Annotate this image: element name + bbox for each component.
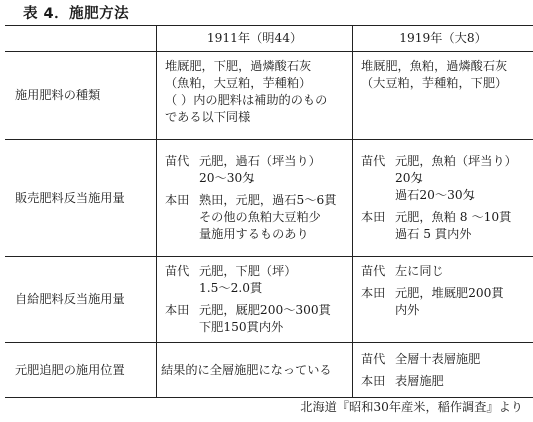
entry-text: 左に同じ — [395, 263, 527, 280]
row-label: 自給肥料反当施用量 — [5, 257, 157, 343]
row-label: 元肥追肥の施用位置 — [5, 343, 157, 398]
header-empty — [5, 26, 157, 52]
tag: 本田 — [165, 192, 199, 243]
tag: 苗代 — [361, 153, 395, 204]
entry-text: 表層施肥 — [395, 373, 527, 390]
table-row: 施用肥料の種類 堆厩肥，下肥，過燐酸石灰 （魚粕，大豆粕，芋種粕） （ ）内の肥… — [5, 52, 533, 140]
entry-nawashiro: 苗代元肥，魚粕（坪当り） 20匁 過石20～30匁 — [361, 153, 527, 204]
entry-nawashiro: 苗代左に同じ — [361, 263, 527, 280]
header-1919: 1919年（大8） — [353, 26, 533, 52]
table-header-row: 1911年（明44） 1919年（大8） — [5, 26, 533, 52]
table-row: 元肥追肥の施用位置 結果的に全層施肥になっている 苗代全層十表層施肥 本田表層施… — [5, 343, 533, 398]
tag: 苗代 — [361, 351, 395, 368]
entry-text: 元肥，魚粕 8 ～10貫 過石 5 貫内外 — [395, 209, 527, 243]
entry-text: 元肥，堆厩肥200貫 内外 — [395, 285, 527, 319]
tag: 本田 — [361, 373, 395, 390]
entry-text: 元肥，魚粕（坪当り） 20匁 過石20～30匁 — [395, 153, 527, 204]
cell-1911: 結果的に全層施肥になっている — [157, 356, 352, 385]
entry-honden: 本田表層施肥 — [361, 373, 527, 390]
source-note: 北海道『昭和30年産米，稲作調査』より — [300, 398, 523, 415]
table-title: 表 4．施肥方法 — [23, 2, 129, 23]
entry-honden: 本田元肥，魚粕 8 ～10貫 過石 5 貫内外 — [361, 209, 527, 243]
entry-text: 熟田，元肥，過石5～6貫 その他の魚粕大豆粕少 量施用するものあり — [199, 192, 346, 243]
table-row: 販売肥料反当施用量 苗代元肥，過石（坪当り） 20～30匁 本田熟田，元肥，過石… — [5, 140, 533, 257]
entry-text: 元肥，厩肥200～300貫 下肥150貫内外 — [199, 302, 346, 336]
tag: 苗代 — [165, 263, 199, 297]
tag: 苗代 — [361, 263, 395, 280]
header-1911: 1911年（明44） — [157, 26, 353, 52]
fertilization-table: 1911年（明44） 1919年（大8） 施用肥料の種類 堆厩肥，下肥，過燐酸石… — [5, 25, 533, 398]
entry-text: 元肥，過石（坪当り） 20～30匁 — [199, 153, 346, 187]
entry-nawashiro: 苗代全層十表層施肥 — [361, 351, 527, 368]
entry-nawashiro: 苗代元肥，過石（坪当り） 20～30匁 — [165, 153, 346, 187]
entry-honden: 本田元肥，堆厩肥200貫 内外 — [361, 285, 527, 319]
tag: 本田 — [361, 209, 395, 243]
cell-1919: 堆厩肥，魚粕，過燐酸石灰 （大豆粕，芋種粕，下肥） — [353, 52, 533, 98]
entry-nawashiro: 苗代元肥，下肥（坪） 1.5～2.0貫 — [165, 263, 346, 297]
entry-text: 元肥，下肥（坪） 1.5～2.0貫 — [199, 263, 346, 297]
tag: 苗代 — [165, 153, 199, 187]
entry-text: 全層十表層施肥 — [395, 351, 527, 368]
entry-honden: 本田熟田，元肥，過石5～6貫 その他の魚粕大豆粕少 量施用するものあり — [165, 192, 346, 243]
entry-honden: 本田元肥，厩肥200～300貫 下肥150貫内外 — [165, 302, 346, 336]
table-row: 自給肥料反当施用量 苗代元肥，下肥（坪） 1.5～2.0貫 本田元肥，厩肥200… — [5, 257, 533, 343]
row-label: 施用肥料の種類 — [5, 52, 157, 140]
tag: 本田 — [361, 285, 395, 319]
cell-1911: 堆厩肥，下肥，過燐酸石灰 （魚粕，大豆粕，芋種粕） （ ）内の肥料は補助的のもの… — [157, 52, 352, 132]
row-label: 販売肥料反当施用量 — [5, 140, 157, 257]
tag: 本田 — [165, 302, 199, 336]
